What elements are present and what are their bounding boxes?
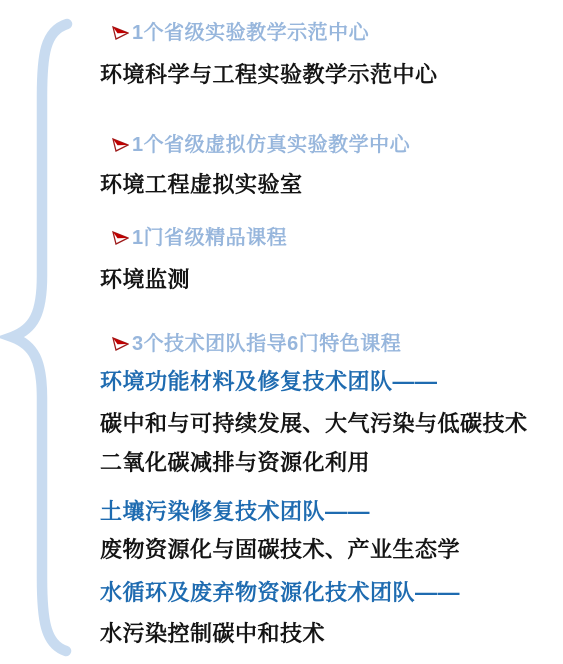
arrow-bullet-icon — [112, 336, 129, 352]
body-line: 水污染控制碳中和技术 — [100, 619, 560, 649]
section-heading: 3个技术团队指导6门特色课程 — [100, 331, 560, 357]
body-line: 环境监测 — [100, 265, 560, 295]
body-line: 废物资源化与固碳技术、产业生态学 — [100, 535, 560, 565]
heading-text: 1门省级精品课程 — [132, 225, 287, 251]
heading-text: 1个省级实验教学示范中心 — [132, 20, 369, 46]
slide: 1个省级实验教学示范中心 环境科学与工程实验教学示范中心 1个省级虚拟仿真实验教… — [0, 0, 563, 664]
section-heading: 1个省级虚拟仿真实验教学中心 — [100, 132, 560, 158]
left-curly-brace-icon — [0, 0, 90, 664]
team-line: 环境功能材料及修复技术团队—— — [100, 367, 560, 397]
body-line: 碳中和与可持续发展、大气污染与低碳技术 — [100, 409, 560, 439]
heading-text: 1个省级虚拟仿真实验教学中心 — [132, 132, 410, 158]
team-line: 水循环及废弃物资源化技术团队—— — [100, 578, 560, 608]
arrow-bullet-icon — [112, 25, 129, 41]
section-heading: 1个省级实验教学示范中心 — [100, 20, 560, 46]
body-line: 环境科学与工程实验教学示范中心 — [100, 60, 560, 90]
body-line: 二氧化碳减排与资源化利用 — [100, 448, 560, 478]
body-line: 环境工程虚拟实验室 — [100, 170, 560, 200]
team-line: 土壤污染修复技术团队—— — [100, 497, 560, 527]
heading-text: 3个技术团队指导6门特色课程 — [132, 331, 401, 357]
arrow-bullet-icon — [112, 230, 129, 246]
arrow-bullet-icon — [112, 137, 129, 153]
section-heading: 1门省级精品课程 — [100, 225, 560, 251]
content-column: 1个省级实验教学示范中心 环境科学与工程实验教学示范中心 1个省级虚拟仿真实验教… — [100, 0, 560, 649]
